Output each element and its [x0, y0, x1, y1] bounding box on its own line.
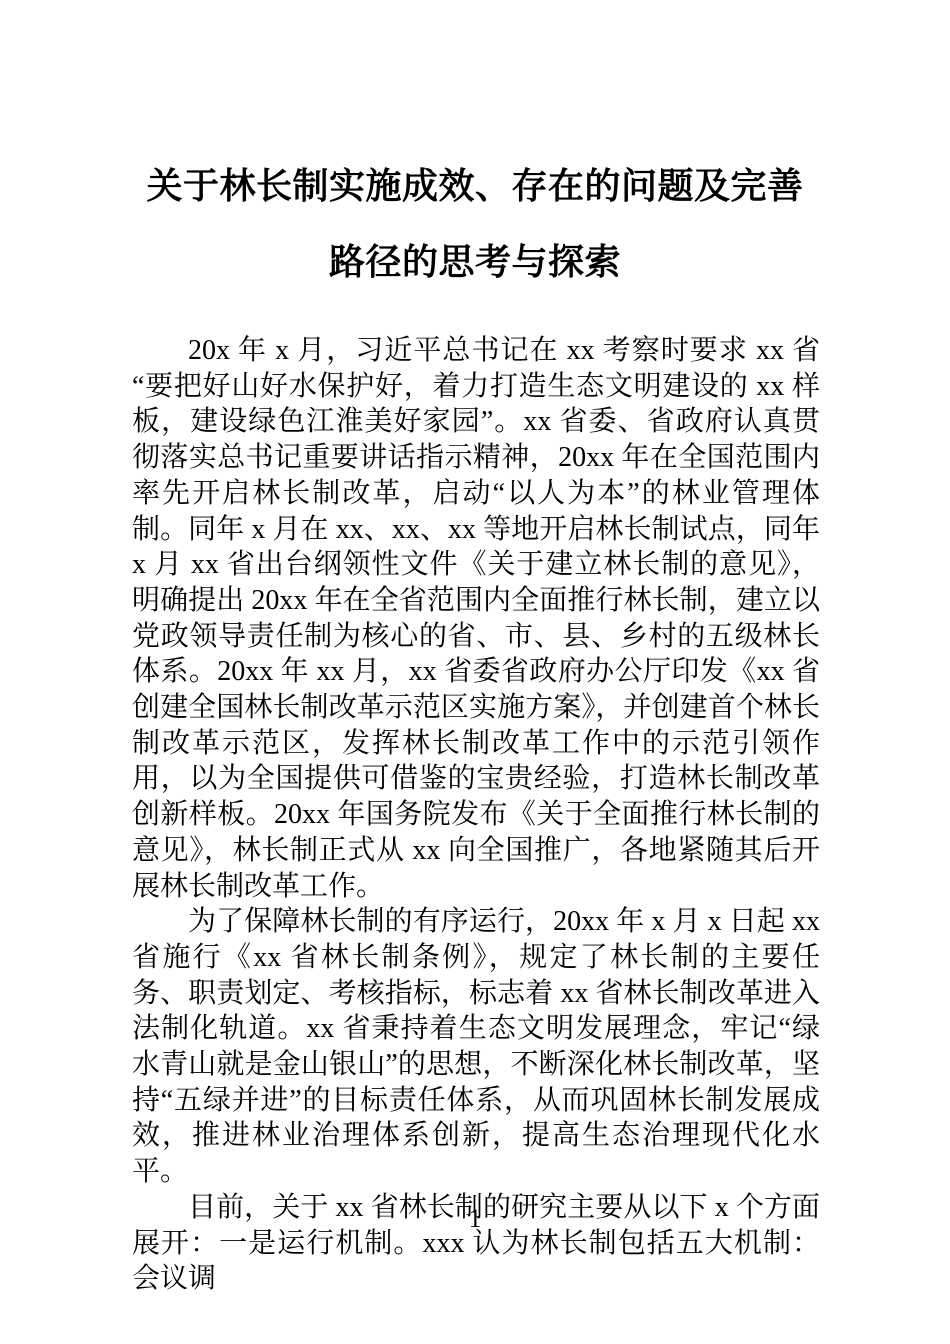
page-number: 1: [0, 1206, 950, 1232]
paragraph-1: 20x 年 x 月，习近平总书记在 xx 考察时要求 xx 省“要把好山好水保护…: [132, 333, 820, 904]
document-title-line-1: 关于林长制实施成效、存在的问题及完善: [105, 148, 845, 224]
document-page: 关于林长制实施成效、存在的问题及完善 路径的思考与探索 20x 年 x 月，习近…: [0, 0, 950, 1344]
document-title-line-2: 路径的思考与探索: [105, 224, 845, 300]
document-title: 关于林长制实施成效、存在的问题及完善 路径的思考与探索: [105, 148, 845, 300]
document-body: 20x 年 x 月，习近平总书记在 xx 考察时要求 xx 省“要把好山好水保护…: [132, 333, 820, 1297]
paragraph-2: 为了保障林长制的有序运行，20xx 年 x 月 x 日起 xx 省施行《xx 省…: [132, 904, 820, 1190]
